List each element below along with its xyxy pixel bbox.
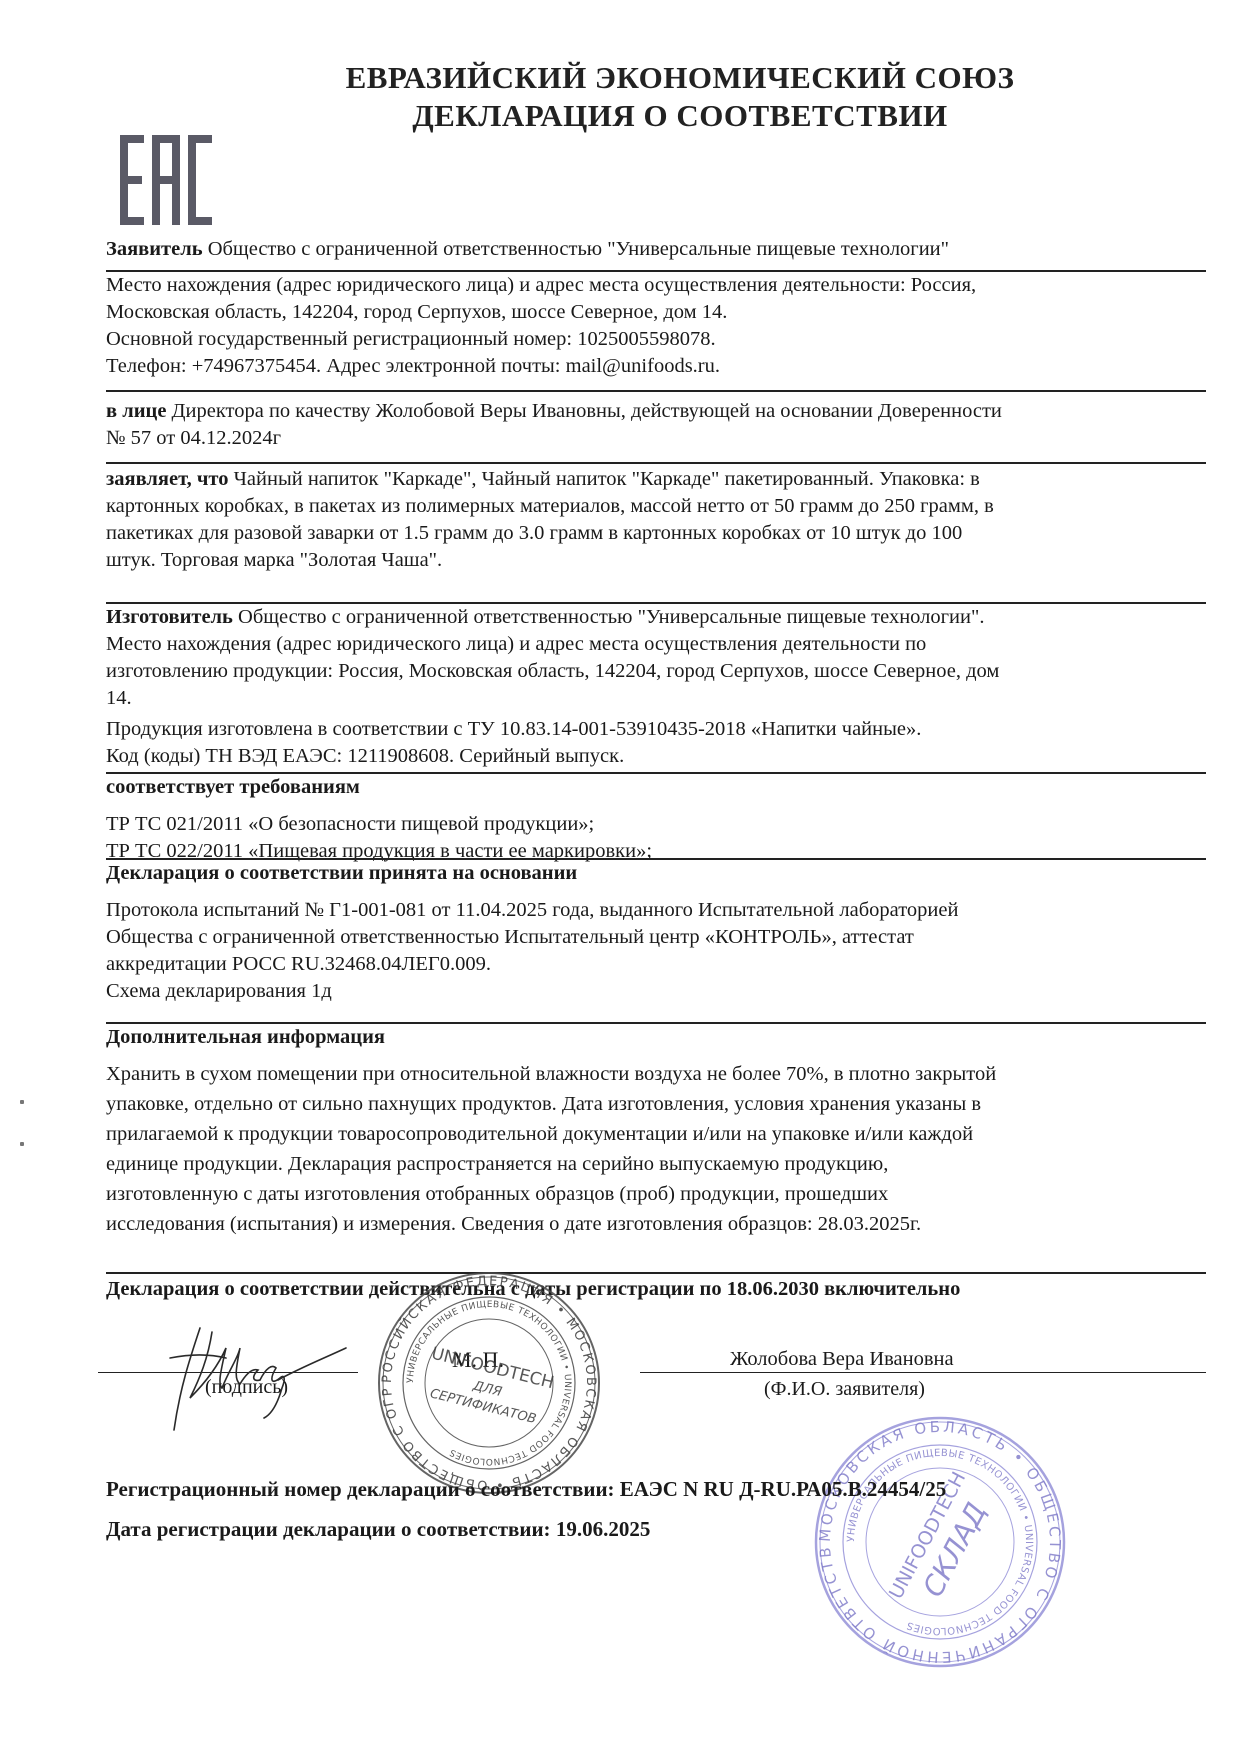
divider — [106, 462, 1206, 464]
represented-by-line2: № 57 от 04.12.2024г — [106, 425, 1206, 452]
applicant-details: Место нахождения (адрес юридического лиц… — [106, 272, 1206, 380]
manufacturer-standard: Продукция изготовлена в соответствии с Т… — [106, 716, 1206, 743]
registration-number: ЕАЭС N RU Д-RU.РА05.В.24454/25 — [620, 1477, 946, 1501]
additional-info-label: Дополнительная информация — [106, 1024, 1206, 1051]
manufacturer-address-line3: 14. — [106, 685, 1206, 712]
declares-line2: картонных коробках, в пакетах из полимер… — [106, 493, 1206, 520]
scan-artifact — [20, 1100, 24, 1104]
additional-info-line: прилагаемой к продукции товаросопроводит… — [106, 1119, 1206, 1149]
registration-date: 19.06.2025 — [556, 1517, 651, 1541]
manufacturer-label: Изготовитель — [106, 606, 233, 628]
divider — [106, 390, 1206, 392]
applicant-contacts: Телефон: +74967375454. Адрес электронной… — [106, 353, 1206, 380]
scan-artifact — [20, 1142, 24, 1146]
basis-label: Декларация о соответствии принята на осн… — [106, 860, 1206, 887]
declares-section: заявляет, что Чайный напиток "Каркаде", … — [106, 466, 1206, 574]
basis-line1: Протокола испытаний № Г1-001-081 от 11.0… — [106, 897, 1206, 924]
manufacturer-tn-ved: Код (коды) ТН ВЭД ЕАЭС: 1211908608. Сери… — [106, 743, 1206, 770]
applicant-label: Заявитель — [106, 238, 203, 260]
additional-info-line: единице продукции. Декларация распростра… — [106, 1149, 1206, 1179]
applicant-ogrn: Основной государственный регистрационный… — [106, 326, 1206, 353]
requirements-section: соответствует требованиям ТР ТС 021/2011… — [106, 774, 1206, 865]
applicant-name: Общество с ограниченной ответственностью… — [203, 238, 949, 260]
requirements-label: соответствует требованиям — [106, 774, 1206, 801]
represented-by-section: в лице Директора по качеству Жолобовой В… — [106, 398, 1206, 452]
basis-section: Декларация о соответствии принята на осн… — [106, 860, 1206, 1005]
basis-line3: аккредитации РОСС RU.32468.04ЛЕГ0.009. — [106, 951, 1206, 978]
registration-number-row: Регистрационный номер декларации о соотв… — [106, 1476, 1206, 1503]
declares-line4: штук. Торговая марка "Золотая Чаша". — [106, 547, 1206, 574]
applicant-section: Заявитель Общество с ограниченной ответс… — [106, 236, 1206, 263]
union-title: ЕВРАЗИЙСКИЙ ЭКОНОМИЧЕСКИЙ СОЮЗ — [290, 60, 1070, 96]
declares-line3: пакетиках для разовой заварки от 1.5 гра… — [106, 520, 1206, 547]
declares-label: заявляет, что — [106, 468, 228, 490]
manufacturer-address-line1: Место нахождения (адрес юридического лиц… — [106, 631, 1206, 658]
additional-info-line: исследования (испытания) и измерения. Св… — [106, 1209, 1206, 1239]
manufacturer-section: Изготовитель Общество с ограниченной отв… — [106, 604, 1206, 770]
document-title: ДЕКЛАРАЦИЯ О СООТВЕТСТВИИ — [290, 98, 1070, 134]
signer-caption: (Ф.И.О. заявителя) — [764, 1376, 1064, 1403]
divider — [106, 1272, 1206, 1274]
manufacturer-name: Общество с ограниченной ответственностью… — [233, 606, 985, 628]
signer-name: Жолобова Вера Ивановна — [730, 1346, 1130, 1373]
registration-date-label: Дата регистрации декларации о соответств… — [106, 1517, 556, 1541]
validity-text: Декларация о соответствии действительна … — [106, 1276, 1206, 1303]
additional-info-section: Дополнительная информация Хранить в сухо… — [106, 1024, 1206, 1239]
represented-by-label: в лице — [106, 400, 166, 422]
applicant-address-line2: Московская область, 142204, город Серпух… — [106, 299, 1206, 326]
applicant-address-line1: Место нахождения (адрес юридического лиц… — [106, 272, 1206, 299]
eac-logo-icon — [120, 135, 212, 225]
basis-scheme: Схема декларирования 1д — [106, 978, 1206, 1005]
manufacturer-address-line2: изготовлению продукции: Россия, Московск… — [106, 658, 1206, 685]
additional-info-line: Хранить в сухом помещении при относитель… — [106, 1059, 1206, 1089]
declares-line1: Чайный напиток "Каркаде", Чайный напиток… — [228, 468, 979, 490]
requirement-item: ТР ТС 021/2011 «О безопасности пищевой п… — [106, 811, 1206, 838]
additional-info-line: изготовленную с даты изготовления отобра… — [106, 1179, 1206, 1209]
represented-by-line1: Директора по качеству Жолобовой Веры Ива… — [166, 400, 1002, 422]
additional-info-line: упаковке, отдельно от сильно пахнущих пр… — [106, 1089, 1206, 1119]
basis-line2: Общества с ограниченной ответственностью… — [106, 924, 1206, 951]
registration-date-row: Дата регистрации декларации о соответств… — [106, 1516, 1206, 1543]
registration-number-label: Регистрационный номер декларации о соотв… — [106, 1477, 620, 1501]
handwritten-signature-icon — [160, 1318, 360, 1438]
declaration-page: ЕВРАЗИЙСКИЙ ЭКОНОМИЧЕСКИЙ СОЮЗ ДЕКЛАРАЦИ… — [0, 0, 1240, 1754]
company-seal-stamp-icon: РОССИЙСКАЯ ФЕДЕРАЦИЯ • МОСКОВСКАЯ ОБЛАСТ… — [374, 1268, 604, 1498]
